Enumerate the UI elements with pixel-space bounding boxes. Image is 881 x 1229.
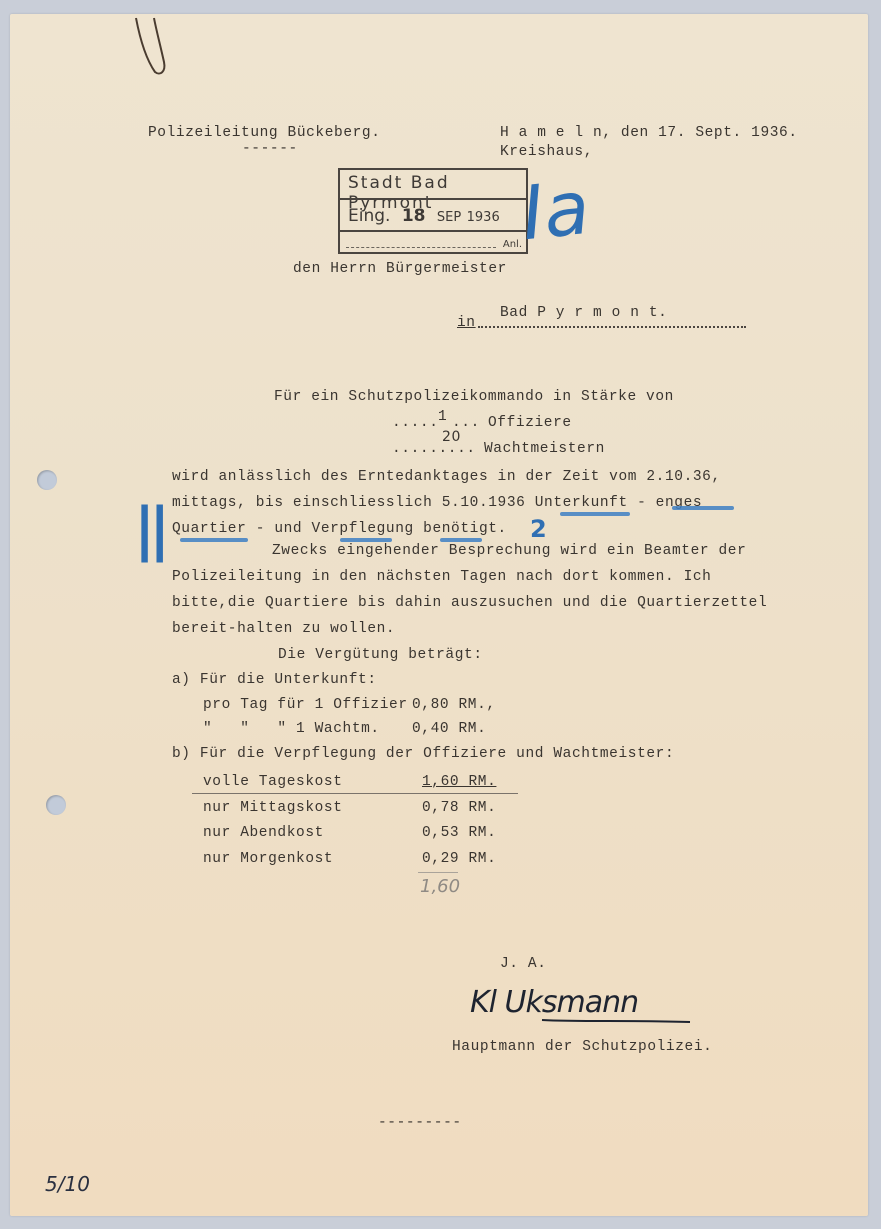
pencil-rule — [192, 793, 518, 794]
section-b-row-label: nur Morgenkost — [203, 852, 333, 867]
stamp-day: 18 — [402, 206, 426, 226]
punch-hole-bottom — [46, 795, 66, 815]
para2-line-4: bereit-halten zu wollen. — [172, 622, 395, 637]
pencil-sum: 1,60 — [420, 876, 460, 897]
underline-quartier — [180, 538, 248, 542]
ia-label: J. A. — [500, 957, 547, 972]
section-a-row-label: pro Tag für 1 Offizier — [203, 698, 408, 713]
section-b-title: b) Für die Verpflegung der Offiziere und… — [172, 747, 674, 762]
section-b-row-value: 1,60 RM. — [422, 775, 496, 790]
sergeants-label: Wachtmeistern — [484, 442, 605, 457]
stamp-eing-label: Eing. — [348, 206, 390, 226]
para2-line-2: Polizeileitung in den nächsten Tagen nac… — [172, 570, 711, 585]
sender-underline: ------ — [242, 142, 298, 157]
stamp-month: SEP — [437, 210, 461, 225]
officers-count: 1 — [438, 410, 447, 425]
stamp-year: 1936 — [467, 210, 500, 225]
blue-margin-mark: || — [134, 500, 164, 558]
pencil-sum-rule — [418, 872, 458, 873]
section-b-row-value: 0,78 RM. — [422, 801, 496, 816]
body-line-1: wird anlässlich des Erntedanktages in de… — [172, 470, 721, 485]
officers-label: Offiziere — [488, 416, 572, 431]
sender-name: Polizeileitung Bückeberg. — [148, 126, 381, 141]
blue-note-mark: 2 — [530, 515, 547, 543]
signer-title: Hauptmann der Schutzpolizei. — [452, 1040, 712, 1055]
recipient-dotted-line — [478, 326, 746, 328]
building: Kreishaus, — [500, 145, 593, 160]
recipient-prefix: in — [457, 316, 476, 331]
para2-line-3: bitte,die Quartiere bis dahin auszusuche… — [172, 596, 767, 611]
section-a-row-value: 0,40 RM. — [412, 722, 486, 737]
punch-hole-top — [37, 470, 57, 490]
section-a-row-label: " " " 1 Wachtm. — [203, 722, 380, 737]
stamp-anl-label: Anl. — [503, 239, 522, 250]
underline-verpflegung — [340, 538, 392, 542]
end-rule: --------- — [378, 1116, 462, 1131]
verguetung-heading: Die Vergütung beträgt: — [278, 648, 483, 663]
place-date: H a m e l n, den 17. Sept. 1936. — [500, 126, 798, 141]
receipt-stamp: Stadt Bad Pyrmont Eing. 18 SEP 1936 Anl. — [338, 168, 528, 254]
section-b-row-value: 0,29 RM. — [422, 852, 496, 867]
sergeants-dots: ......... — [392, 442, 476, 457]
body-line-3: Quartier - und Verpflegung benötigt. — [172, 522, 507, 537]
stamp-date-row: Eing. 18 SEP 1936 — [348, 206, 500, 226]
section-b-row-label: volle Tageskost — [203, 775, 343, 790]
section-b-row-label: nur Mittagskost — [203, 801, 343, 816]
pencil-loop-mark — [130, 14, 180, 79]
signature-flourish — [540, 1010, 700, 1030]
recipient-city: Bad P y r m o n t. — [500, 306, 667, 321]
section-a-title: a) Für die Unterkunft: — [172, 673, 377, 688]
underline-unterkunft — [560, 512, 630, 516]
officers-dots: ..... — [392, 416, 439, 431]
section-b-row-value: 0,53 RM. — [422, 826, 496, 841]
folio-number: 5/10 — [45, 1172, 90, 1196]
underline-benoetigt — [440, 538, 482, 542]
recipient-title: den Herrn Bürgermeister — [293, 262, 507, 277]
section-a-row-value: 0,80 RM., — [412, 698, 496, 713]
blue-file-mark: Ia — [518, 165, 594, 258]
section-b-row-label: nur Abendkost — [203, 826, 324, 841]
body-line-2: mittags, bis einschliesslich 5.10.1936 U… — [172, 496, 702, 511]
underline-enges — [672, 506, 734, 510]
para2-line-1: Zwecks eingehender Besprechung wird ein … — [272, 544, 746, 559]
body-intro: Für ein Schutzpolizeikommando in Stärke … — [274, 390, 674, 405]
